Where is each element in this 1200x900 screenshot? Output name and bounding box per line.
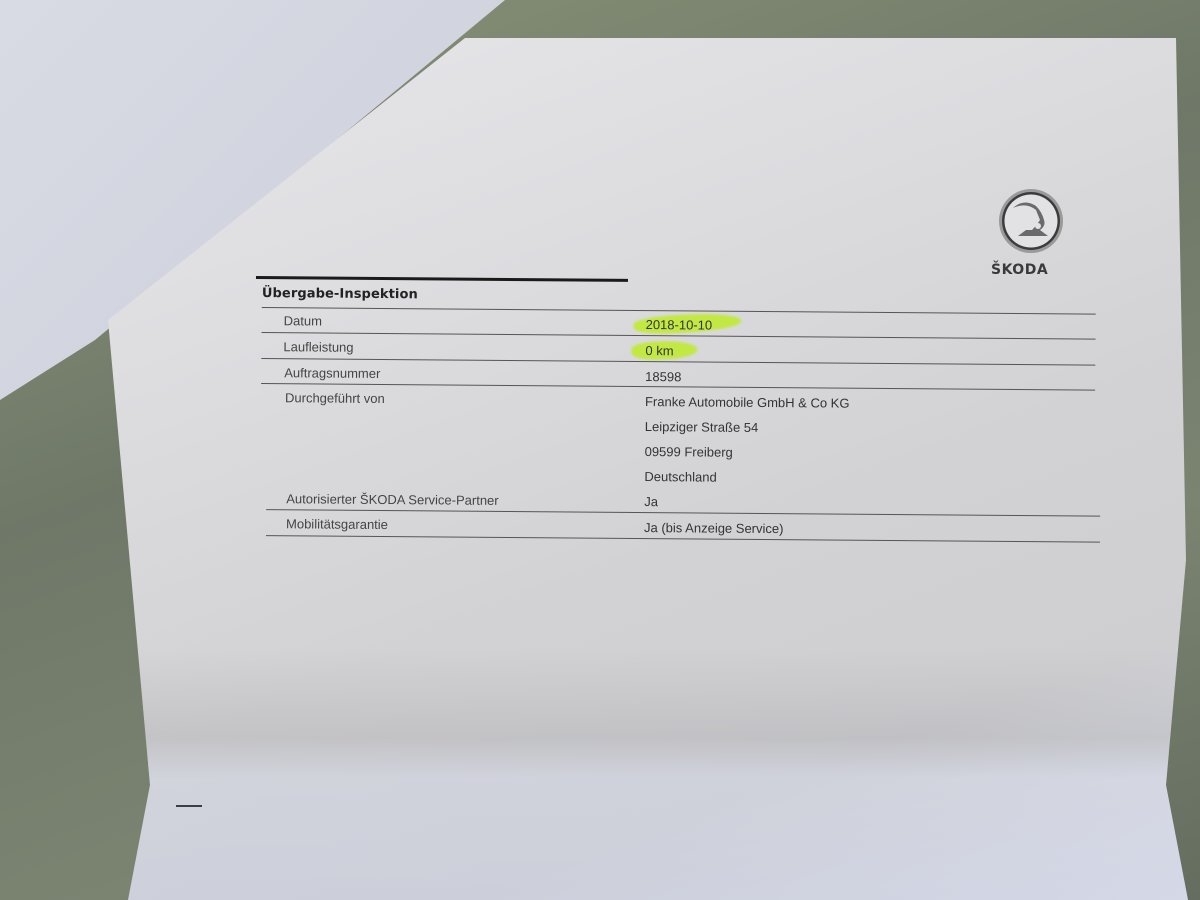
- fold-mark: [176, 805, 202, 807]
- value-laufleistung: 0 km: [645, 343, 673, 358]
- value-dealer-name: Franke Automobile GmbH & Co KG: [645, 394, 850, 411]
- label-auftragsnummer: Auftragsnummer: [284, 365, 380, 381]
- section-title: Übergabe-Inspektion: [262, 286, 418, 302]
- value-authorized-partner: Ja: [644, 494, 658, 509]
- brand-name: ŠKODA: [991, 262, 1048, 278]
- label-mobilitaetsgarantie: Mobilitätsgarantie: [286, 516, 388, 532]
- label-laufleistung: Laufleistung: [283, 339, 353, 355]
- value-dealer-country: Deutschland: [644, 469, 716, 485]
- label-authorized-partner: Autorisierter ŠKODA Service-Partner: [286, 491, 499, 508]
- value-dealer-city: 09599 Freiberg: [645, 444, 733, 460]
- value-dealer-street: Leipziger Straße 54: [645, 419, 759, 435]
- value-datum: 2018-10-10: [646, 317, 713, 333]
- label-datum: Datum: [284, 313, 322, 328]
- label-durchgefuehrt-von: Durchgeführt von: [285, 390, 385, 406]
- skoda-logo-icon: [996, 186, 1066, 256]
- value-auftragsnummer: 18598: [645, 369, 681, 384]
- value-mobilitaetsgarantie: Ja (bis Anzeige Service): [644, 520, 784, 536]
